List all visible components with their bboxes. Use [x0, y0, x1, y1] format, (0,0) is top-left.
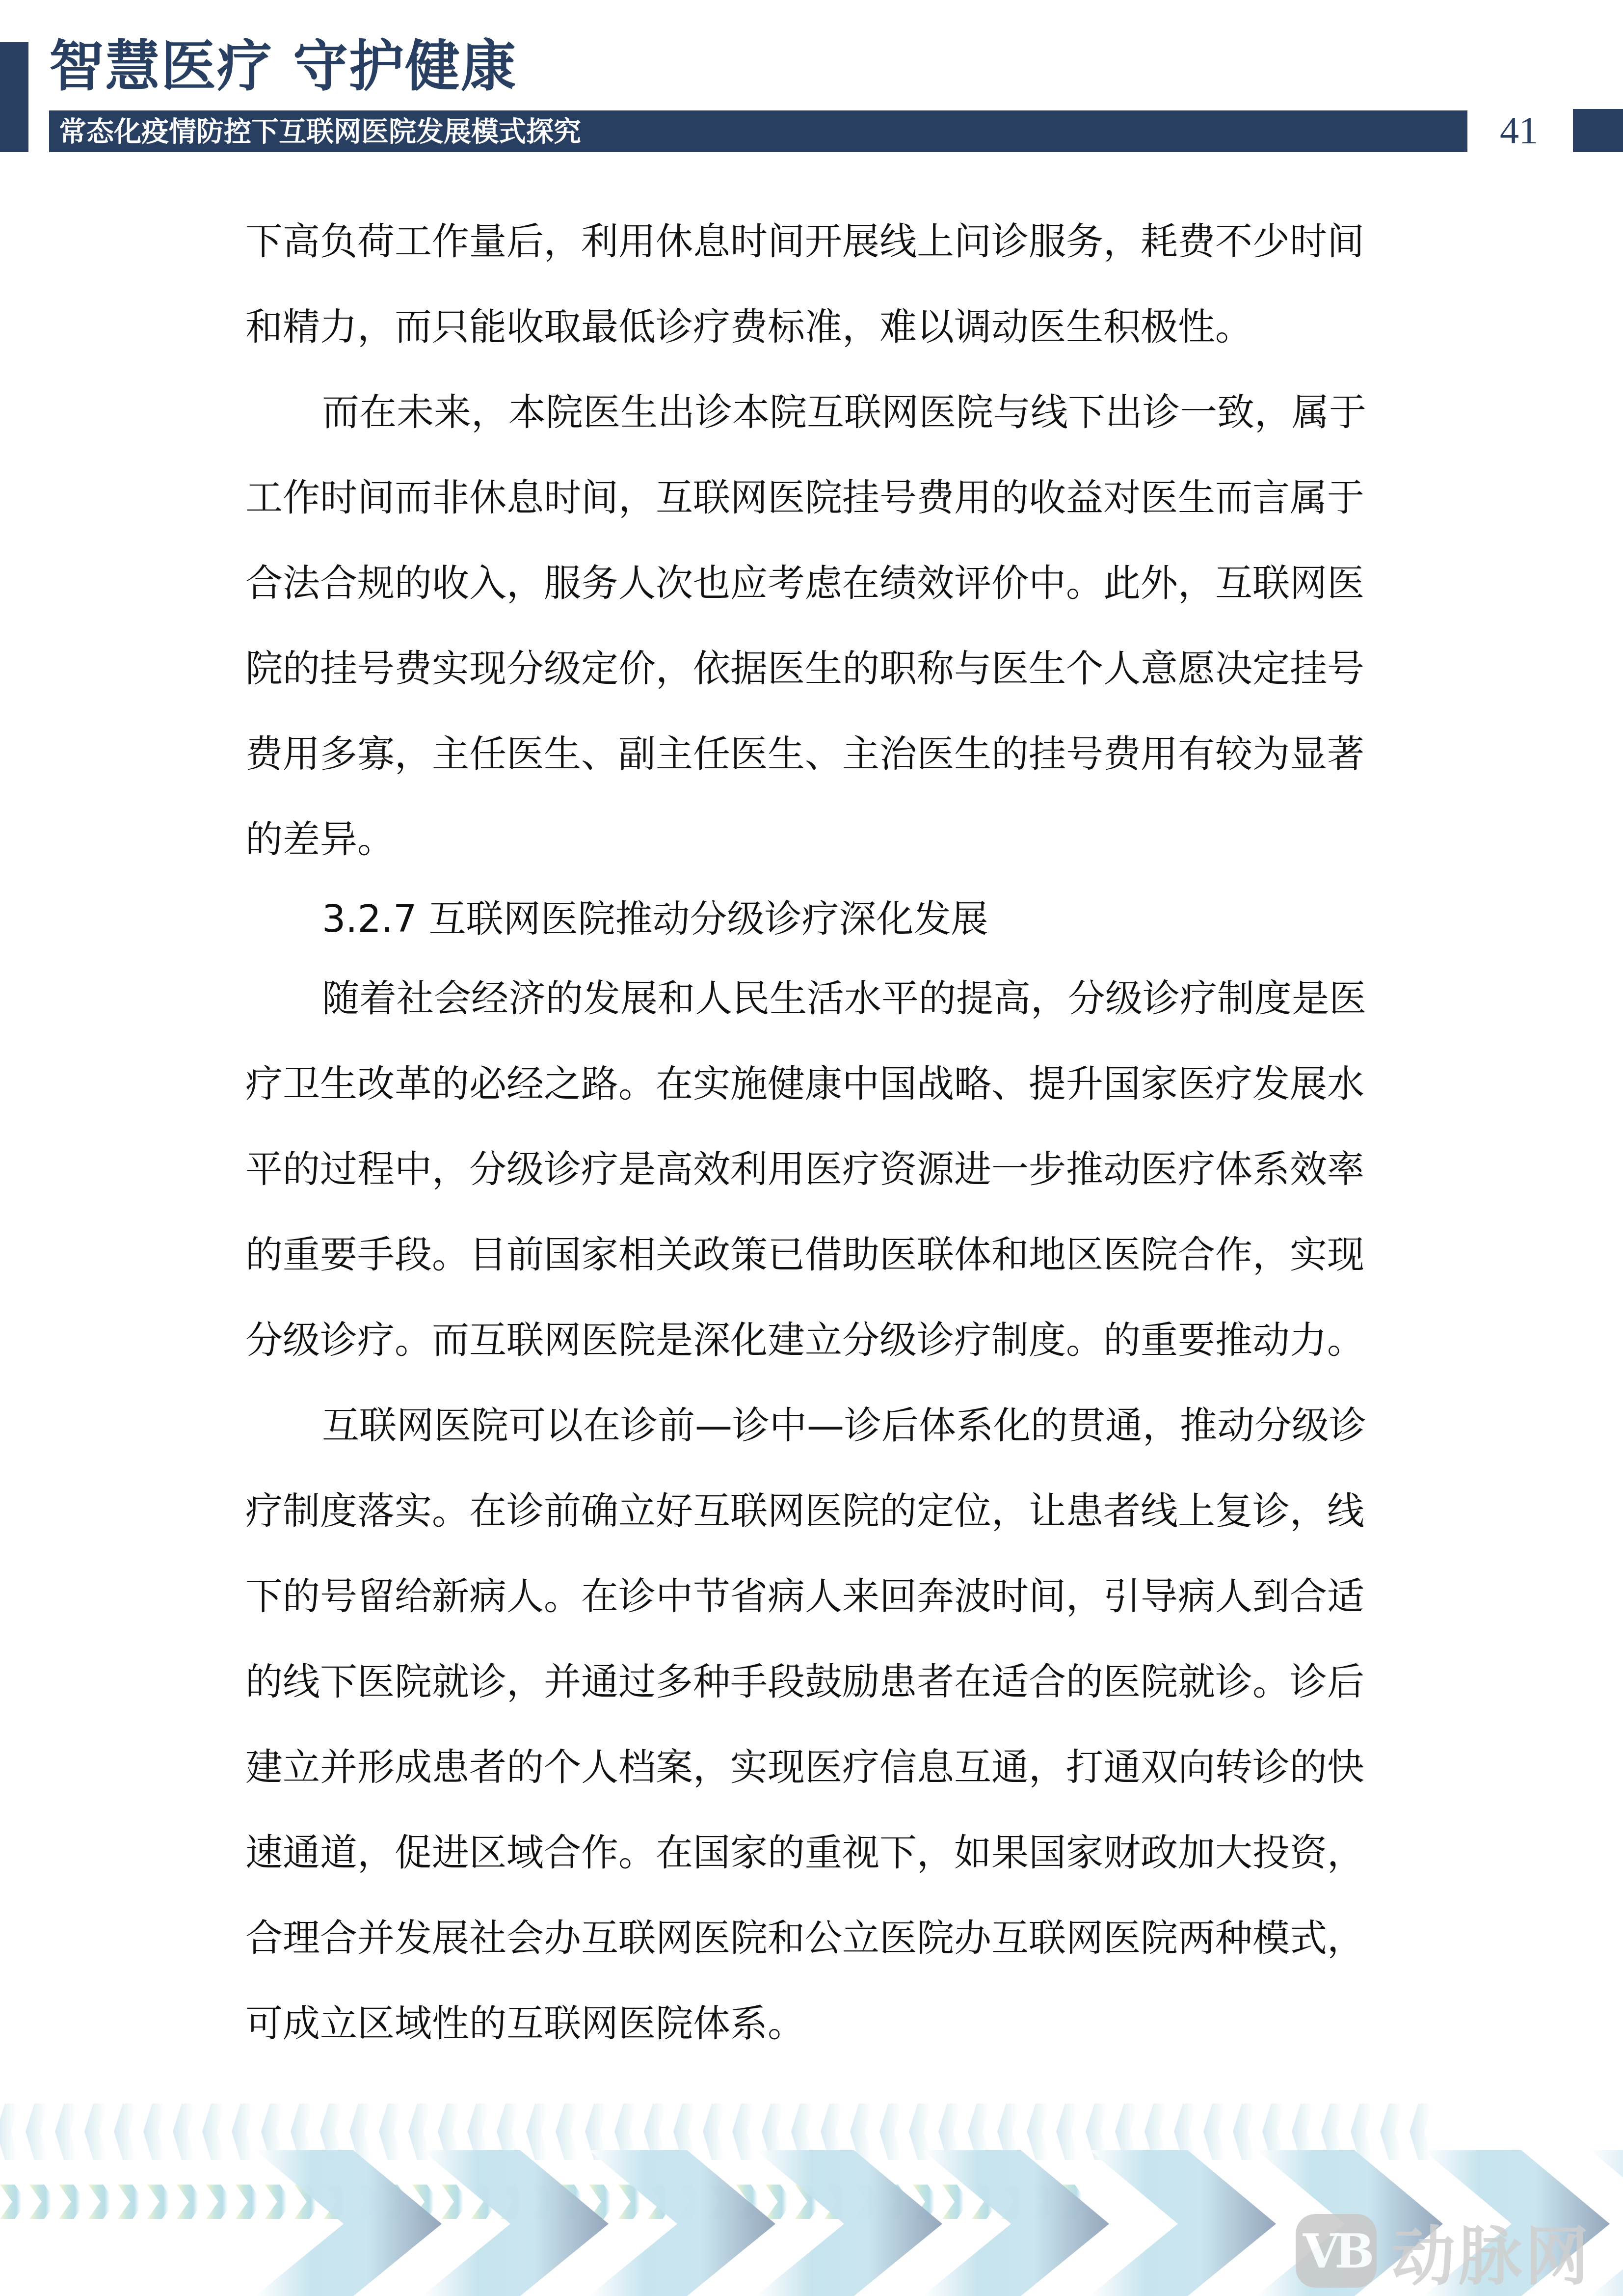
text-line: 速通道，促进区域合作。在国家的重视下，如果国家财政加大投资，: [245, 1810, 1384, 1895]
header-title: 智慧医疗 守护健康: [49, 35, 517, 98]
watermark: VB 动脉网: [1296, 2214, 1592, 2288]
text-line: 合理合并发展社会办互联网医院和公立医院办互联网医院两种模式，: [245, 1895, 1384, 1981]
text-line: 工作时间而非休息时间，互联网医院挂号费用的收益对医生而言属于: [245, 455, 1384, 540]
text-line: 疗制度落实。在诊前确立好互联网医院的定位，让患者线上复诊，线: [245, 1468, 1384, 1554]
watermark-logo-icon: VB: [1296, 2214, 1377, 2288]
text-line: 互联网医院可以在诊前—诊中—诊后体系化的贯通，推动分级诊: [245, 1383, 1384, 1468]
text-line: 的线下医院就诊，并通过多种手段鼓励患者在适合的医院就诊。诊后: [245, 1639, 1384, 1725]
paragraph-1: 下高负荷工作量后，利用休息时间开展线上问诊服务，耗费不少时间 和精力，而只能收取…: [245, 199, 1384, 370]
text-line: 费用多寡，主任医生、副主任医生、主治医生的挂号费用有较为显著: [245, 711, 1384, 797]
text-line: 合法合规的收入，服务人次也应考虑在绩效评价中。此外，互联网医: [245, 540, 1384, 626]
text-line: 下高负荷工作量后，利用休息时间开展线上问诊服务，耗费不少时间: [245, 199, 1384, 284]
text-line: 建立并形成患者的个人档案，实现医疗信息互通，打通双向转诊的快: [245, 1725, 1384, 1810]
paragraph-2: 而在未来，本院医生出诊本院互联网医院与线下出诊一致，属于 工作时间而非休息时间，…: [245, 370, 1384, 882]
body-content: 下高负荷工作量后，利用休息时间开展线上问诊服务，耗费不少时间 和精力，而只能收取…: [245, 199, 1384, 2066]
header-subtitle-bar: 常态化疫情防控下互联网医院发展模式探究: [49, 110, 1467, 152]
section-heading: 3.2.7 互联网医院推动分级诊疗深化发展: [245, 882, 1384, 956]
paragraph-4: 互联网医院可以在诊前—诊中—诊后体系化的贯通，推动分级诊 疗制度落实。在诊前确立…: [245, 1383, 1384, 2066]
text-line: 的差异。: [245, 797, 1384, 882]
text-line: 疗卫生改革的必经之路。在实施健康中国战略、提升国家医疗发展水: [245, 1041, 1384, 1127]
text-line: 下的号留给新病人。在诊中节省病人来回奔波时间，引导病人到合适: [245, 1554, 1384, 1639]
text-line: 而在未来，本院医生出诊本院互联网医院与线下出诊一致，属于: [245, 370, 1384, 455]
text-line: 分级诊疗。而互联网医院是深化建立分级诊疗制度。的重要推动力。: [245, 1297, 1384, 1383]
header-subtitle: 常态化疫情防控下互联网医院发展模式探究: [59, 114, 581, 149]
text-line: 平的过程中，分级诊疗是高效利用医疗资源进一步推动医疗体系效率: [245, 1127, 1384, 1212]
header-right-block: [1573, 109, 1623, 152]
text-line: 院的挂号费实现分级定价，依据医生的职称与医生个人意愿决定挂号: [245, 626, 1384, 711]
header-left-bar: [0, 42, 28, 152]
page-number: 41: [1487, 108, 1551, 152]
text-line: 的重要手段。目前国家相关政策已借助医联体和地区医院合作，实现: [245, 1212, 1384, 1297]
watermark-text: 动脉网: [1391, 2205, 1592, 2296]
text-line: 可成立区域性的互联网医院体系。: [245, 1981, 1384, 2066]
paragraph-3: 随着社会经济的发展和人民生活水平的提高，分级诊疗制度是医 疗卫生改革的必经之路。…: [245, 956, 1384, 1383]
text-line: 和精力，而只能收取最低诊疗费标准，难以调动医生积极性。: [245, 284, 1384, 370]
text-line: 随着社会经济的发展和人民生活水平的提高，分级诊疗制度是医: [245, 956, 1384, 1041]
